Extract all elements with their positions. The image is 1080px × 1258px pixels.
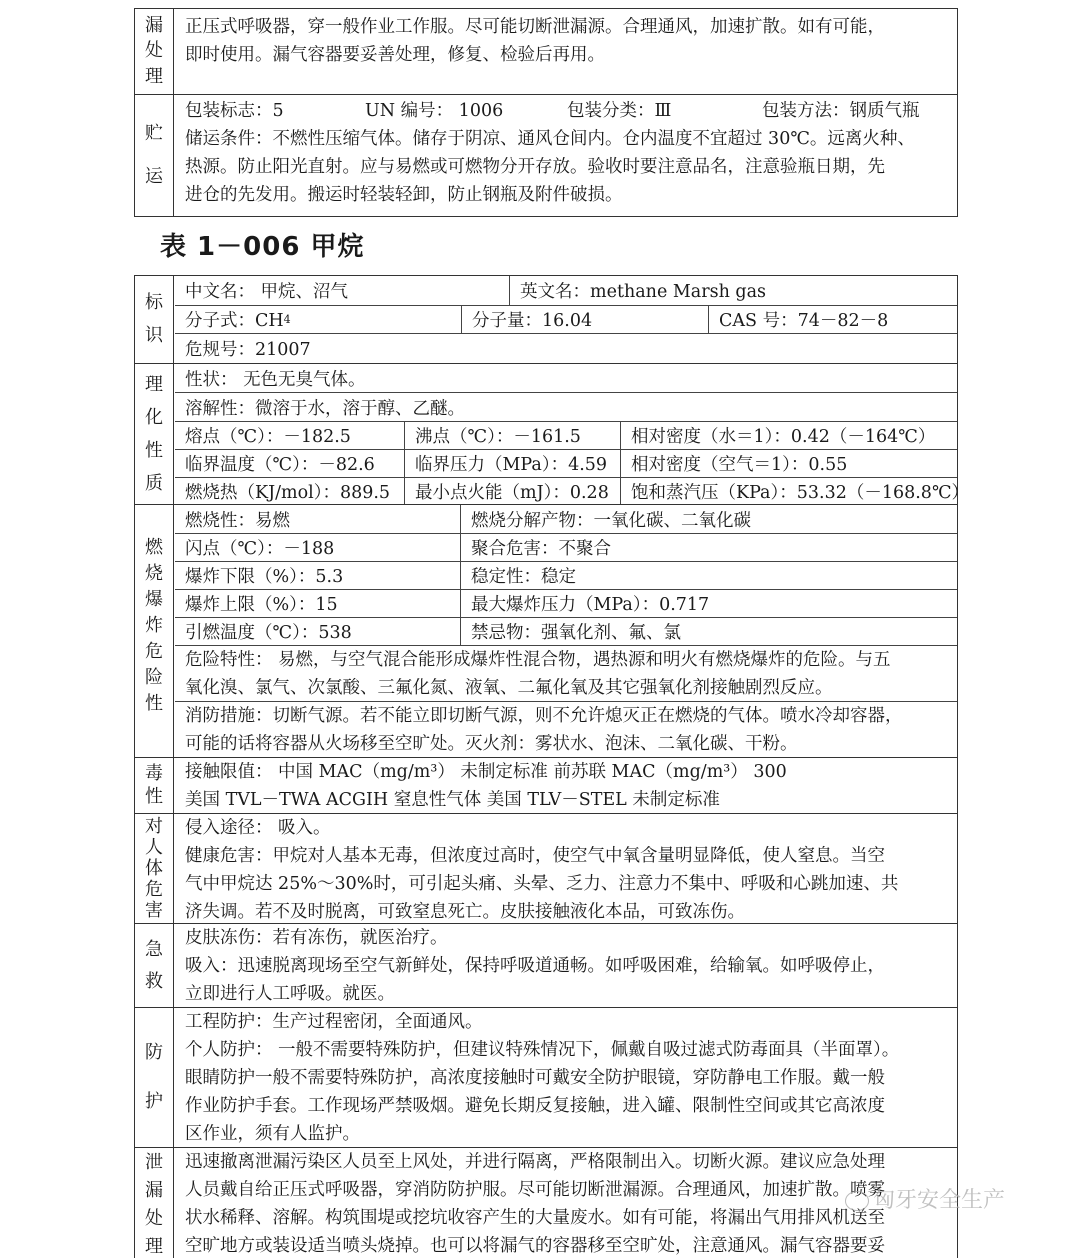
protection-section: 防 护 工程防护：生产过程密闭，全面通风。 个人防护： 一般不需要特殊防护，但建… [135, 1007, 957, 1147]
fire-row: 爆炸下限（%）：5.3 稳定性：稳定 [175, 561, 957, 589]
firstaid-section: 急 救 皮肤冻伤：若有冻伤，就医治疗。 吸入：迅速脱离现场至空气新鲜处，保持呼吸… [135, 923, 957, 1007]
fire-row: 引燃温度（℃）：538 禁忌物：强氧化剂、氟、氯 [175, 617, 957, 645]
appearance: 性状： 无色无臭气体。 [175, 364, 957, 392]
methane-table: 标 识 中文名： 甲烷、沼气 英文名：methane Marsh gas 分子式… [134, 275, 958, 1258]
fire-section: 燃 烧 爆 炸 危 险 性 燃烧性：易燃 燃烧分解产物：一氧化碳、二氧化碳 闪点… [135, 504, 957, 757]
section-label: 标 识 [135, 276, 174, 363]
table-title: 表 1－006 甲烷 [160, 226, 364, 263]
cn-name: 中文名： 甲烷、沼气 [175, 276, 509, 305]
leak-section: 泄 漏 处 理 迅速撤离泄漏污染区人员至上风处，并进行隔离，严格限制出入。切断火… [135, 1147, 957, 1258]
section-label: 泄 漏 处 理 [135, 1148, 174, 1258]
en-name: 英文名：methane Marsh gas [509, 276, 957, 305]
prev-leak-section: 漏 处 理 正压式呼吸器，穿一般作业工作服。尽可能切断泄漏源。合理通风，加速扩散… [135, 9, 957, 94]
section-label: 贮 运 [135, 95, 174, 216]
identity-row-1: 中文名： 甲烷、沼气 英文名：methane Marsh gas [175, 276, 957, 305]
prev-storage-text: 包装标志：5 UN 编号： 1006 包装分类：Ⅲ 包装方法：钢质气瓶 储运条件… [185, 97, 951, 209]
fire-hazard: 危险特性： 易燃，与空气混合能形成爆炸性混合物，遇热源和明火有燃烧爆炸的危险。与… [175, 645, 957, 701]
physchem-row: 临界温度（℃）：－82.6 临界压力（MPa）：4.59 相对密度（空气＝1）：… [175, 449, 957, 477]
section-label: 急 救 [135, 924, 174, 1007]
hazard-number: 危规号：21007 [175, 334, 957, 363]
identity-row-3: 危规号：21007 [175, 333, 957, 363]
wechat-icon [845, 1191, 869, 1211]
fire-fighting: 消防措施：切断气源。若不能立即切断气源，则不允许熄灭正在燃烧的气体。喷水冷却容器… [175, 701, 957, 758]
physchem-section: 理 化 性 质 性状： 无色无臭气体。 溶解性：微溶于水，溶于醇、乙醚。 熔点（… [135, 363, 957, 504]
solubility: 溶解性：微溶于水，溶于醇、乙醚。 [175, 393, 957, 421]
prev-storage-section: 贮 运 包装标志：5 UN 编号： 1006 包装分类：Ⅲ 包装方法：钢质气瓶 … [135, 94, 957, 216]
toxicity-section: 毒 性 接触限值： 中国 MAC（mg/m³） 未制定标准 前苏联 MAC（mg… [135, 757, 957, 813]
cas-number: CAS 号：74－82－8 [708, 306, 957, 333]
section-label: 漏 处 理 [135, 9, 174, 94]
fire-row: 爆炸上限（%）：15 最大爆炸压力（MPa）：0.717 [175, 589, 957, 617]
mol-weight: 分子量：16.04 [461, 306, 708, 333]
health-section: 对 人 体 危 害 侵入途径： 吸入。 健康危害：甲烷对人基本无毒，但浓度过高时… [135, 813, 957, 923]
fire-row: 燃烧性：易燃 燃烧分解产物：一氧化碳、二氧化碳 [175, 505, 957, 533]
identity-row-2: 分子式：CH4 分子量：16.04 CAS 号：74－82－8 [175, 305, 957, 333]
identity-section: 标 识 中文名： 甲烷、沼气 英文名：methane Marsh gas 分子式… [135, 276, 957, 363]
formula: 分子式：CH4 [175, 306, 461, 333]
section-label: 对 人 体 危 害 [135, 814, 174, 923]
section-label: 理 化 性 质 [135, 364, 174, 504]
section-label: 防 护 [135, 1008, 174, 1147]
watermark: 匈牙安全生产 [845, 1183, 1005, 1214]
prev-leak-text: 正压式呼吸器，穿一般作业工作服。尽可能切断泄漏源。合理通风，加速扩散。如有可能，… [185, 13, 951, 69]
physchem-row: 熔点（℃）：－182.5 沸点（℃）：－161.5 相对密度（水＝1）：0.42… [175, 421, 957, 449]
section-label: 毒 性 [135, 758, 174, 813]
fire-row: 闪点（℃）：－188 聚合危害：不聚合 [175, 533, 957, 561]
previous-table: 漏 处 理 正压式呼吸器，穿一般作业工作服。尽可能切断泄漏源。合理通风，加速扩散… [134, 8, 958, 217]
physchem-row: 燃烧热（KJ/mol）：889.5 最小点火能（mJ）：0.28 饱和蒸汽压（K… [175, 477, 957, 505]
section-label: 燃 烧 爆 炸 危 险 性 [135, 505, 174, 757]
